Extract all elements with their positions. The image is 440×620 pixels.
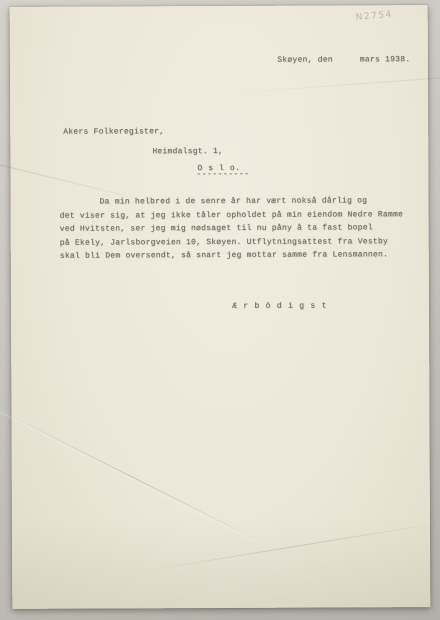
paper-crease [134, 519, 440, 573]
date-value: mars 1938. [360, 55, 411, 64]
letter-body: Da min helbred i de senre år har vært no… [60, 194, 405, 263]
body-line: skal bli Dem oversendt, så snart jeg mot… [60, 248, 405, 263]
paper-crease [0, 409, 266, 545]
recipient-name: Akers Folkeregister, [63, 127, 164, 136]
recipient-street: Heimdalsgt. 1, [152, 147, 223, 156]
place-date-label: Skøyen, den [277, 56, 333, 65]
closing-salutation: Æ r b ö d i g s t [232, 302, 327, 311]
paper-crease [210, 77, 440, 96]
letter-paper: N2754 Skøyen, denmars 1938. Akers Folker… [10, 5, 431, 609]
scan-background: N2754 Skøyen, denmars 1938. Akers Folker… [0, 0, 440, 620]
date-line: Skøyen, denmars 1938. [247, 46, 411, 74]
pencil-annotation: N2754 [355, 10, 393, 23]
recipient-underline: ---------- [196, 170, 249, 179]
paper-shading [12, 517, 430, 609]
